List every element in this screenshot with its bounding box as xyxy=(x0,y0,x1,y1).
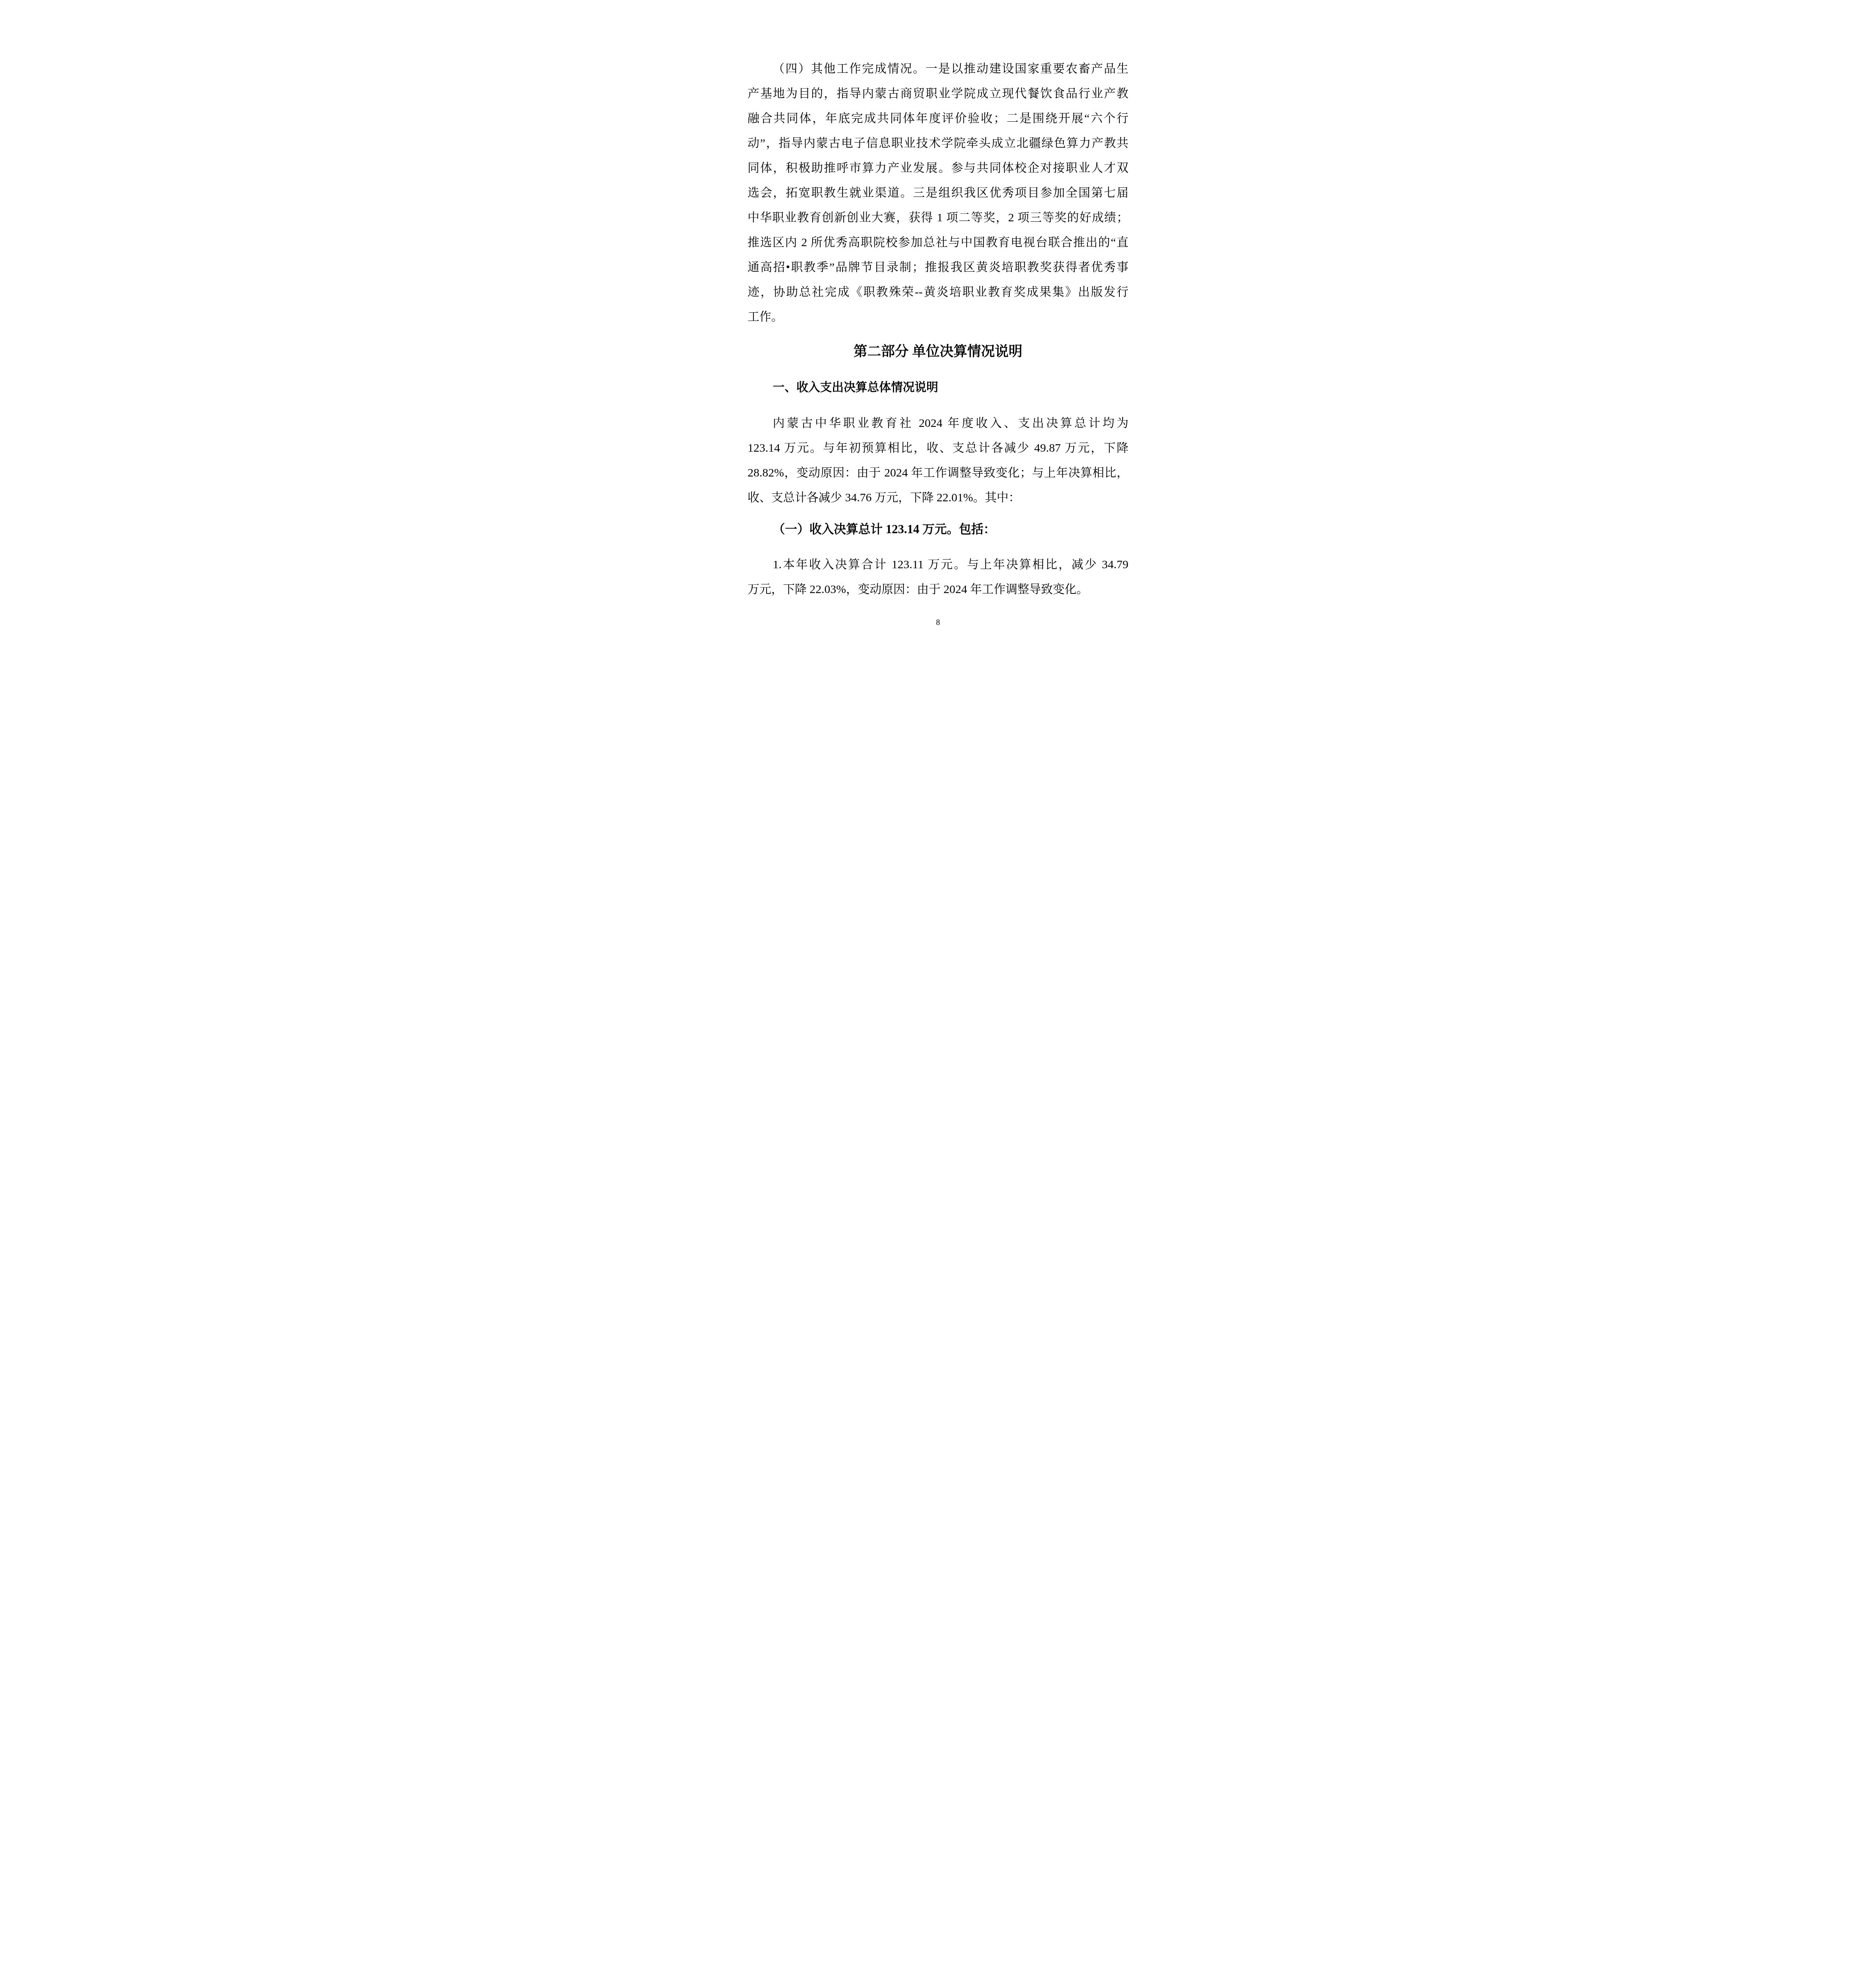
paragraph-line: 选会，拓宽职教生就业渠道。三是组织我区优秀项目参加全国第七届 xyxy=(748,180,1128,205)
paragraph-line: 收、支总计各减少 34.76 万元，下降 22.01%。其中： xyxy=(748,485,1128,510)
paragraph-line: 万元，下降 22.03%，变动原因：由于 2024 年工作调整导致变化。 xyxy=(748,577,1128,602)
paragraph-line: 中华职业教育创新创业大赛，获得 1 项二等奖，2 项三等奖的好成绩； xyxy=(748,205,1128,230)
paragraph-line: 123.14 万元。与年初预算相比，收、支总计各减少 49.87 万元，下降 xyxy=(748,436,1128,460)
page-number: 8 xyxy=(703,618,1173,627)
paragraph-line: 融合共同体，年底完成共同体年度评价验收；二是围绕开展“六个行 xyxy=(748,106,1128,131)
paragraph-line: 内蒙古中华职业教育社 2024 年度收入、支出决算总计均为 xyxy=(748,411,1128,436)
paragraph-line: 推选区内 2 所优秀高职院校参加总社与中国教育电视台联合推出的“直 xyxy=(748,230,1128,255)
document-page: （四）其他工作完成情况。一是以推动建设国家重要农畜产品生 产基地为目的，指导内蒙… xyxy=(703,0,1173,663)
paragraph-line: 动”，指导内蒙古电子信息职业技术学院牵头成立北疆绿色算力产教共 xyxy=(748,131,1128,156)
paragraph-line: 通高招•职教季”品牌节目录制；推报我区黄炎培职教奖获得者优秀事 xyxy=(748,255,1128,280)
paragraph-line: 迹，协助总社完成《职教殊荣--黄炎培职业教育奖成果集》出版发行 xyxy=(748,280,1128,304)
section-heading: 一、收入支出决算总体情况说明 xyxy=(748,375,1128,400)
paragraph-line: 产基地为目的，指导内蒙古商贸职业学院成立现代餐饮食品行业产教 xyxy=(748,81,1128,106)
paragraph-line: 1.本年收入决算合计 123.11 万元。与上年决算相比，减少 34.79 xyxy=(748,552,1128,577)
paragraph-line: 同体，积极助推呼市算力产业发展。参与共同体校企对接职业人才双 xyxy=(748,156,1128,180)
paragraph-line: 工作。 xyxy=(748,304,1128,329)
paragraph-line: 28.82%，变动原因：由于 2024 年工作调整导致变化；与上年决算相比， xyxy=(748,460,1128,485)
page-content: （四）其他工作完成情况。一是以推动建设国家重要农畜产品生 产基地为目的，指导内蒙… xyxy=(748,0,1128,602)
item-heading: （一）收入决算总计 123.14 万元。包括： xyxy=(748,517,1128,541)
paragraph-income: 1.本年收入决算合计 123.11 万元。与上年决算相比，减少 34.79 万元… xyxy=(748,552,1128,602)
paragraph-line: （四）其他工作完成情况。一是以推动建设国家重要农畜产品生 xyxy=(748,56,1128,81)
paragraph-overview: 内蒙古中华职业教育社 2024 年度收入、支出决算总计均为 123.14 万元。… xyxy=(748,411,1128,510)
part-heading: 第二部分 单位决算情况说明 xyxy=(748,339,1128,364)
paragraph-other-work: （四）其他工作完成情况。一是以推动建设国家重要农畜产品生 产基地为目的，指导内蒙… xyxy=(748,56,1128,329)
